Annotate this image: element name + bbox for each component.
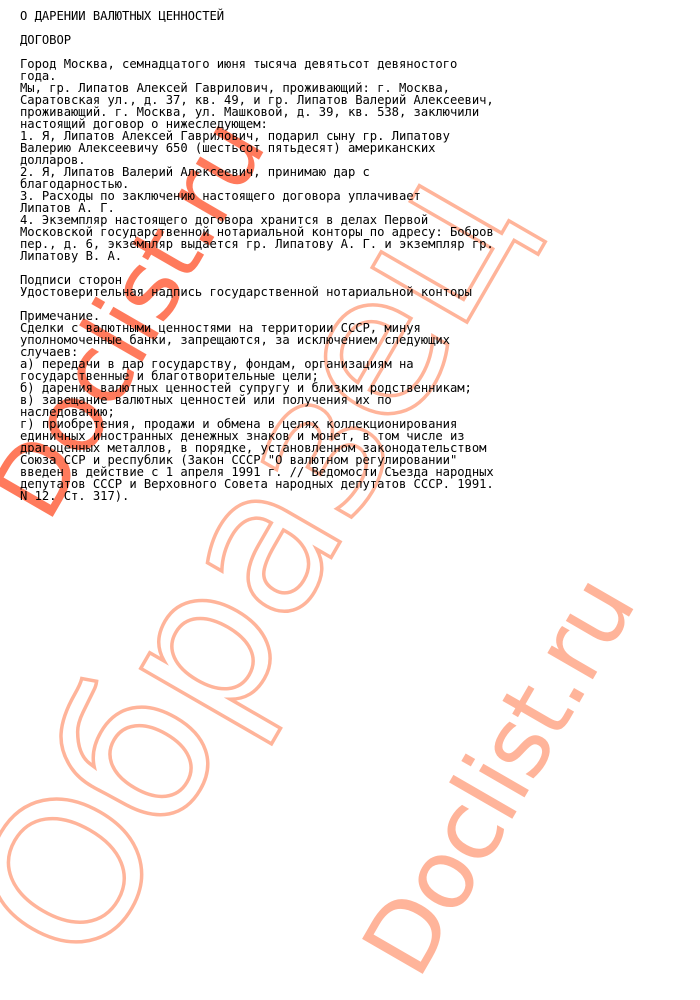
document-line [20,22,494,34]
document-line: N 12. Ст. 317). [20,490,494,502]
document-line: Удостоверительная надпись государственно… [20,286,494,298]
document-line: уполномоченные банки, запрещаются, за ис… [20,334,494,346]
document-line: Город Москва, семнадцатого июня тысяча д… [20,58,494,70]
document-line: Валерию Алексеевичу 650 (шестьсот пятьде… [20,142,494,154]
watermark-doclist-bottom: Doclist.ru [341,559,657,994]
document-body: О ДАРЕНИИ ВАЛЮТНЫХ ЦЕННОСТЕЙДОГОВОРГород… [20,10,494,502]
document-line: Липатову В. А. [20,250,494,262]
document-line: О ДАРЕНИИ ВАЛЮТНЫХ ЦЕННОСТЕЙ [20,10,494,22]
document-line: ДОГОВОР [20,34,494,46]
